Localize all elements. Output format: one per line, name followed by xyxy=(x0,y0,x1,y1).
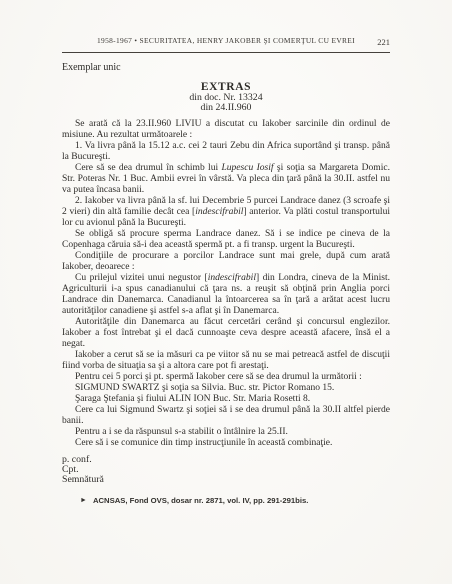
paragraph: Pentru cei 5 porci şi pt. spermă Iakober… xyxy=(62,371,390,382)
paragraph-text-run: Se arată că la 23.II.960 LIVIU a discuta… xyxy=(62,118,390,140)
paragraph-text-run: Se obligă să procure sperma Landrace dan… xyxy=(62,228,390,250)
paragraph-italic-run: indescifrabil xyxy=(195,206,243,217)
paragraph-text-run: Cu prilejul vizitei unui negustor [ xyxy=(75,272,208,283)
book-page: 1958-1967 • SECURITATEA, HENRY JAKOBER Ş… xyxy=(0,0,452,584)
paragraph-text-run: 1. Va livra până la 15.12 a.c. cei 2 tau… xyxy=(62,140,390,162)
paragraph: Cu prilejul vizitei unui negustor [indes… xyxy=(62,272,390,316)
paragraph-italic-run: indescifrabil xyxy=(208,272,256,283)
source-reference: ► ACNSAS, Fond OVS, dosar nr. 2871, vol.… xyxy=(62,496,390,505)
page-number: 221 xyxy=(377,37,390,47)
paragraph: Se obligă să procure sperma Landrace dan… xyxy=(62,228,390,250)
signature-line: Cpt. xyxy=(62,465,390,475)
paragraph: SIGMUND SWARTZ şi soţia sa Silvia. Buc. … xyxy=(62,382,390,393)
source-reference-text: ACNSAS, Fond OVS, dosar nr. 2871, vol. I… xyxy=(93,496,308,505)
copy-label: Exemplar unic xyxy=(62,62,390,73)
paragraph: Se arată că la 23.II.960 LIVIU a discuta… xyxy=(62,118,390,140)
doc-heading: EXTRAS din doc. Nr. 13324 din 24.II.960 xyxy=(62,81,390,112)
paragraph-text-run: Condiţiile de procurare a porcilor Landr… xyxy=(62,250,390,272)
arrow-right-icon: ► xyxy=(80,497,87,504)
paragraph: 2. Iakober va livra până la sf. lui Dece… xyxy=(62,195,390,228)
paragraph: Iakober a cerut să se ia măsuri ca pe vi… xyxy=(62,349,390,371)
paragraph: Pentru a i se da răspunsul s-a stabilit … xyxy=(62,426,390,437)
paragraph-text-run: Pentru a i se da răspunsul s-a stabilit … xyxy=(75,426,288,437)
paragraph-text-run: Cere ca lui Sigmund Swartz şi soţiei să … xyxy=(62,404,390,426)
signature-line: p. conf. xyxy=(62,455,390,465)
paragraph-text-run: Iakober a cerut să se ia măsuri ca pe vi… xyxy=(62,349,390,371)
paragraph-italic-run: Lupescu Iosif xyxy=(221,162,273,173)
paragraph-text-run: Autorităţile din Danemarca au făcut cerc… xyxy=(62,316,390,349)
running-header: 1958-1967 • SECURITATEA, HENRY JAKOBER Ş… xyxy=(62,36,390,53)
paragraph: Condiţiile de procurare a porcilor Landr… xyxy=(62,250,390,272)
paragraph-text-run: Cere să i se comunice din timp instrucţi… xyxy=(75,437,332,448)
paragraph-text-run: SIGMUND SWARTZ şi soţia sa Silvia. Buc. … xyxy=(75,382,334,393)
doc-subtitle-2: din 24.II.960 xyxy=(62,103,390,113)
paragraph-text-run: Cere să se dea drumul în schimb lui xyxy=(75,162,221,173)
document-body: Se arată că la 23.II.960 LIVIU a discuta… xyxy=(62,118,390,448)
paragraph: Autorităţile din Danemarca au făcut cerc… xyxy=(62,316,390,349)
signature-block: p. conf. Cpt. Semnătură xyxy=(62,455,390,485)
running-header-title: 1958-1967 • SECURITATEA, HENRY JAKOBER Ş… xyxy=(62,36,390,45)
paragraph: Cere să i se comunice din timp instrucţi… xyxy=(62,437,390,448)
paragraph: Şaraga Ştefania şi fiului ALIN ION Buc. … xyxy=(62,393,390,404)
paragraph: Cere ca lui Sigmund Swartz şi soţiei să … xyxy=(62,404,390,426)
signature-line: Semnătură xyxy=(62,475,390,485)
paragraph: 1. Va livra până la 15.12 a.c. cei 2 tau… xyxy=(62,140,390,162)
paragraph-text-run: Pentru cei 5 porci şi pt. spermă Iakober… xyxy=(75,371,362,382)
paragraph-text-run: Şaraga Ştefania şi fiului ALIN ION Buc. … xyxy=(75,393,310,404)
paragraph: Cere să se dea drumul în schimb lui Lupe… xyxy=(62,162,390,195)
